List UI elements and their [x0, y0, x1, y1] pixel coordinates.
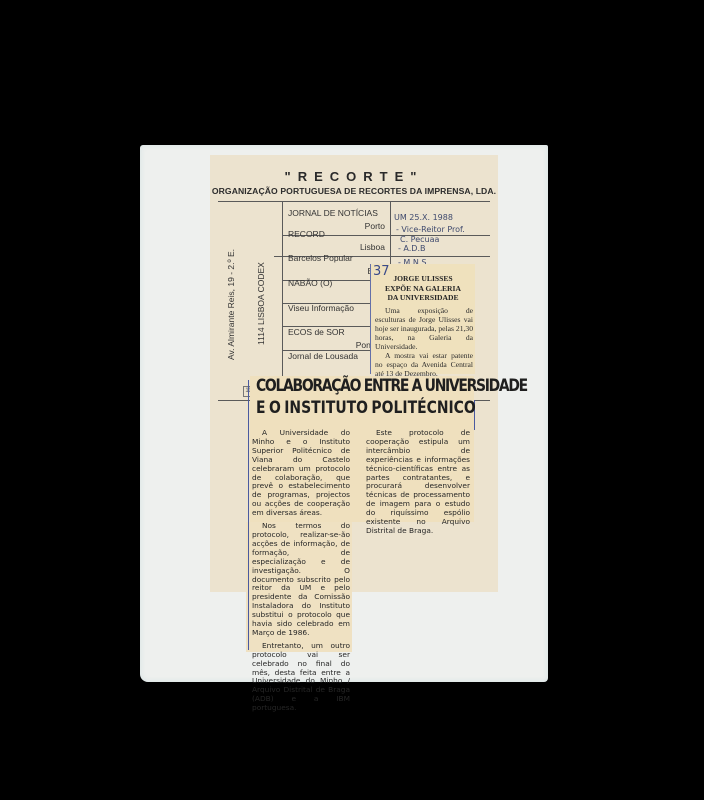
article-left-column: A Universidade do Minho e o Instituto Su…	[252, 429, 350, 717]
cut-line	[248, 380, 249, 650]
divider	[390, 201, 391, 271]
address-line1: Av. Almirante Reis, 19 - 2.º E.	[226, 249, 236, 360]
handwritten-number: 37	[373, 264, 390, 279]
address-line2: 1114 LISBOA CODEX	[256, 262, 266, 345]
divider	[218, 201, 490, 202]
handwritten-note: C. Pecuaa	[400, 235, 439, 244]
article-right-column: Este protocolo de cooperação estipula um…	[366, 429, 470, 540]
clipping-body: Uma exposição de esculturas de Jorge Uli…	[375, 306, 473, 378]
handwritten-note: - A.D.B	[398, 244, 426, 253]
handwritten-note: UM 25.X. 1988	[394, 213, 453, 222]
recorte-organization: ORGANIZAÇÃO PORTUGUESA DE RECORTES DA IM…	[210, 186, 498, 196]
recorte-title: "RECORTE"	[210, 169, 498, 184]
journal-row: Jornal de Lousada Lou	[282, 347, 377, 377]
handwritten-note: - Vice-Reitor Prof.	[396, 225, 465, 234]
clipping-jorge-ulisses: JORGE ULISSES EXPÕE NA GALERIA DA UNIVER…	[370, 264, 475, 374]
